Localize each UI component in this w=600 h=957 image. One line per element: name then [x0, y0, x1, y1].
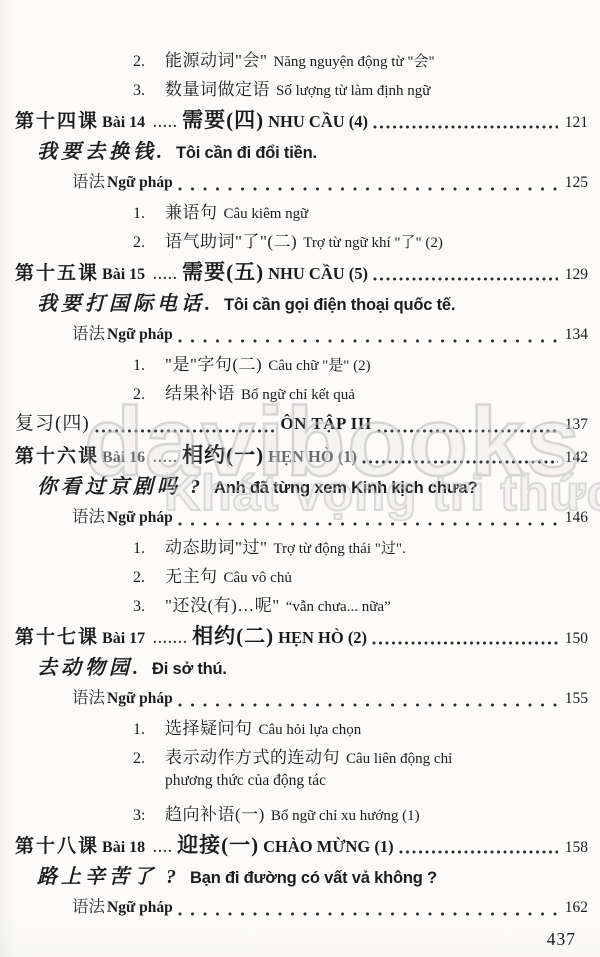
chinese-title: 迎接(一) — [177, 829, 259, 859]
vietnamese-title: NHU CẦU (5) — [268, 264, 368, 284]
vietnamese-lesson-label: Bài 14 — [102, 114, 145, 132]
toc-item-row: 2.无主句Câu vô chủ — [15, 562, 588, 591]
chinese-grammar-label: 语法 — [72, 168, 105, 192]
toc-lesson-row: 第十七课Bài 17.......相约(二)HẸN HÒ (2)150 — [15, 620, 588, 651]
dot-leader — [377, 429, 558, 433]
chinese-lesson-label: 第十四课 — [15, 106, 99, 133]
toc-subtitle-row: 路上辛苦了 ?Bạn đi đường có vất vả không ? — [15, 860, 588, 893]
page-number: 146 — [565, 509, 588, 527]
chinese-title: 相约(二) — [192, 620, 274, 650]
chinese-text: 语气助词"了"(二) — [165, 227, 297, 252]
toc-item-row: 1.动态助词"过"Trợ từ động thái "过". — [15, 533, 588, 562]
toc-item-row: 2.表示动作方式的连动句Câu liên động chỉ — [15, 743, 588, 772]
chinese-grammar-label: 语法 — [72, 684, 105, 708]
vietnamese-grammar-label: Ngữ pháp — [107, 509, 173, 527]
dot-leader — [373, 125, 558, 129]
mid-dots: ..... — [153, 451, 178, 467]
item-number: 1. — [133, 540, 165, 558]
dot-leader — [178, 703, 558, 707]
vietnamese-lesson-label: Bài 16 — [102, 449, 145, 467]
chinese-grammar-label: 语法 — [72, 503, 105, 527]
chinese-text: 兼语句 — [165, 198, 218, 223]
chinese-text: 动态助词"过" — [165, 533, 267, 558]
dot-leader — [178, 912, 558, 916]
page-number: 134 — [565, 326, 588, 344]
toc-grammar-row: 语法Ngữ pháp134 — [15, 320, 588, 350]
page-number: 158 — [565, 839, 588, 857]
chinese-script-text: 去动物园. — [37, 651, 142, 680]
item-number: 1. — [133, 205, 165, 223]
vietnamese-text: Bổ ngữ chỉ xu hướng (1) — [271, 808, 420, 825]
chinese-text: "还没(有)…呢" — [165, 591, 280, 616]
toc-item-row: 1."是"字句(二)Câu chữ "是" (2) — [15, 350, 588, 379]
toc-item-row: 3."还没(有)…呢"“vẫn chưa... nữa” — [15, 591, 588, 620]
chinese-title: 相约(一) — [182, 439, 264, 469]
item-number: 1. — [133, 721, 165, 739]
chinese-script-text: 我要去换钱. — [37, 135, 166, 164]
item-number: 2. — [133, 53, 165, 71]
page-number: 121 — [565, 114, 588, 132]
vietnamese-grammar-label: Ngữ pháp — [107, 174, 173, 192]
item-number: 2. — [133, 569, 165, 587]
chinese-title: 需要(五) — [182, 256, 264, 286]
vietnamese-bold-text: Tôi cần đi đổi tiền. — [176, 144, 317, 163]
scanned-toc-page: 2.能源动词"会"Năng nguyện động từ "会"3.数量词做定语… — [0, 0, 600, 957]
dot-leader — [178, 187, 558, 191]
page-number: 129 — [565, 266, 588, 284]
chinese-grammar-label: 语法 — [72, 893, 105, 917]
page-number: 150 — [565, 630, 588, 648]
vietnamese-lesson-label: Bài 18 — [102, 839, 145, 857]
chinese-text: 数量词做定语 — [165, 75, 270, 100]
toc-subtitle-row: 我要打国际电话.Tôi cần gọi điện thoại quốc tế. — [15, 287, 588, 320]
vietnamese-text: Câu hỏi lựa chọn — [259, 722, 362, 739]
vietnamese-text: Câu liên động chỉ — [346, 751, 452, 768]
chinese-grammar-label: 语法 — [72, 320, 105, 344]
chinese-text: 选择疑问句 — [165, 714, 253, 739]
chinese-script-text: 路上辛苦了 ? — [37, 860, 180, 889]
chinese-review-label: 复习(四) — [15, 408, 90, 435]
page-number: 125 — [565, 174, 588, 192]
item-number: 3. — [133, 598, 165, 616]
chinese-lesson-label: 第十七课 — [15, 622, 99, 649]
vietnamese-text: Bổ ngữ chỉ kết quả — [241, 387, 355, 404]
page-number: 162 — [565, 899, 588, 917]
chinese-script-text: 我要打国际电话. — [37, 287, 214, 316]
vietnamese-text: Câu vô chủ — [224, 570, 292, 587]
dot-leader — [362, 460, 558, 464]
folio-row: 437 — [15, 923, 588, 950]
toc-lesson-row: 第十六课Bài 16.....相约(一)HẸN HÒ (1)142 — [15, 439, 588, 470]
chinese-lesson-label: 第十六课 — [15, 441, 99, 468]
toc-review-row: 复习(四)ÔN TẬP III137 — [15, 408, 588, 439]
vietnamese-grammar-label: Ngữ pháp — [107, 326, 173, 344]
toc-lesson-row: 第十五课Bài 15.....需要(五)NHU CẦU (5)129 — [15, 256, 588, 287]
toc-item-row: 2.语气助词"了"(二)Trợ từ ngữ khí "了" (2) — [15, 227, 588, 256]
toc-lesson-row: 第十四课Bài 14.....需要(四)NHU CẦU (4)121 — [15, 104, 588, 135]
toc-item-row: 1.兼语句Câu kiêm ngữ — [15, 198, 588, 227]
mid-dots: .... — [153, 841, 173, 857]
mid-dots: ..... — [153, 116, 178, 132]
mid-dots: ....... — [153, 632, 188, 648]
page-number: 155 — [565, 690, 588, 708]
vietnamese-text: Năng nguyện động từ "会" — [273, 50, 434, 71]
dot-leader — [372, 641, 558, 645]
toc-lesson-row: 第十八课Bài 18....迎接(一)CHÀO MỪNG (1)158 — [15, 829, 588, 860]
item-number: 1. — [133, 357, 165, 375]
folio-page-number: 437 — [547, 929, 576, 950]
chinese-lesson-label: 第十八课 — [15, 831, 99, 858]
vietnamese-bold-text: Anh đã từng xem Kinh kịch chưa? — [214, 479, 477, 498]
toc-item-row: 2.能源动词"会"Năng nguyện động từ "会" — [15, 46, 588, 75]
dot-leader — [399, 850, 558, 854]
vietnamese-text: Trợ từ động thái "过". — [273, 537, 405, 558]
vietnamese-grammar-label: Ngữ pháp — [107, 899, 173, 917]
vietnamese-bold-text: Tôi cần gọi điện thoại quốc tế. — [224, 296, 455, 315]
item-number: 3. — [133, 82, 165, 100]
chinese-text: 无主句 — [165, 562, 218, 587]
toc-item-row: 3:趋向补语(一)Bổ ngữ chỉ xu hướng (1) — [15, 800, 588, 829]
toc-grammar-row: 语法Ngữ pháp155 — [15, 684, 588, 714]
item-number: 2. — [133, 386, 165, 404]
vietnamese-text: Số lượng từ làm định ngữ — [276, 83, 430, 100]
vietnamese-lesson-label: Bài 17 — [102, 630, 145, 648]
toc-continuation-row: phương thức của động tác — [15, 772, 588, 800]
toc-subtitle-row: 我要去换钱.Tôi cần đi đổi tiền. — [15, 135, 588, 168]
item-number: 2. — [133, 750, 165, 768]
toc-item-row: 1.选择疑问句Câu hỏi lựa chọn — [15, 714, 588, 743]
toc-grammar-row: 语法Ngữ pháp125 — [15, 168, 588, 198]
vietnamese-text: Trợ từ ngữ khí "了" (2) — [303, 231, 443, 252]
vietnamese-lesson-label: Bài 15 — [102, 266, 145, 284]
vietnamese-bold-text: Bạn đi đường có vất vả không ? — [190, 869, 437, 888]
dot-leader — [178, 339, 558, 343]
chinese-script-text: 你看过京剧吗 ? — [37, 470, 204, 499]
chinese-text: 趋向补语(一) — [165, 800, 265, 825]
toc-subtitle-row: 你看过京剧吗 ?Anh đã từng xem Kinh kịch chưa? — [15, 470, 588, 503]
page-number: 137 — [565, 416, 588, 434]
vietnamese-continuation-text: phương thức của động tác — [165, 772, 326, 790]
toc-grammar-row: 语法Ngữ pháp162 — [15, 893, 588, 923]
vietnamese-title: CHÀO MỪNG (1) — [263, 837, 393, 857]
vietnamese-bold-text: Đi sở thú. — [152, 660, 227, 679]
toc-item-row: 3.数量词做定语Số lượng từ làm định ngữ — [15, 75, 588, 104]
chinese-text: "是"字句(二) — [165, 350, 262, 375]
chinese-lesson-label: 第十五课 — [15, 258, 99, 285]
vietnamese-title: HẸN HÒ (2) — [278, 628, 367, 648]
toc-grammar-row: 语法Ngữ pháp146 — [15, 503, 588, 533]
dot-leader — [373, 277, 558, 281]
chinese-title: 需要(四) — [182, 104, 264, 134]
vietnamese-text: Câu kiêm ngữ — [224, 206, 309, 223]
vietnamese-title: NHU CẦU (4) — [268, 112, 368, 132]
table-of-contents: 2.能源动词"会"Năng nguyện động từ "会"3.数量词做定语… — [15, 46, 588, 923]
vietnamese-text: Câu chữ "是" (2) — [268, 354, 370, 375]
dot-leader — [95, 429, 276, 433]
chinese-text: 结果补语 — [165, 379, 235, 404]
chinese-text: 表示动作方式的连动句 — [165, 743, 340, 768]
dot-leader — [178, 522, 558, 526]
mid-dots: ..... — [153, 268, 178, 284]
item-number: 3: — [133, 807, 165, 825]
page-number: 142 — [565, 449, 588, 467]
chinese-text: 能源动词"会" — [165, 46, 267, 71]
vietnamese-title: HẸN HÒ (1) — [268, 447, 357, 467]
toc-subtitle-row: 去动物园.Đi sở thú. — [15, 651, 588, 684]
review-title: ÔN TẬP III — [280, 414, 372, 434]
toc-item-row: 2.结果补语Bổ ngữ chỉ kết quả — [15, 379, 588, 408]
vietnamese-grammar-label: Ngữ pháp — [107, 690, 173, 708]
item-number: 2. — [133, 234, 165, 252]
vietnamese-text: “vẫn chưa... nữa” — [286, 599, 391, 616]
